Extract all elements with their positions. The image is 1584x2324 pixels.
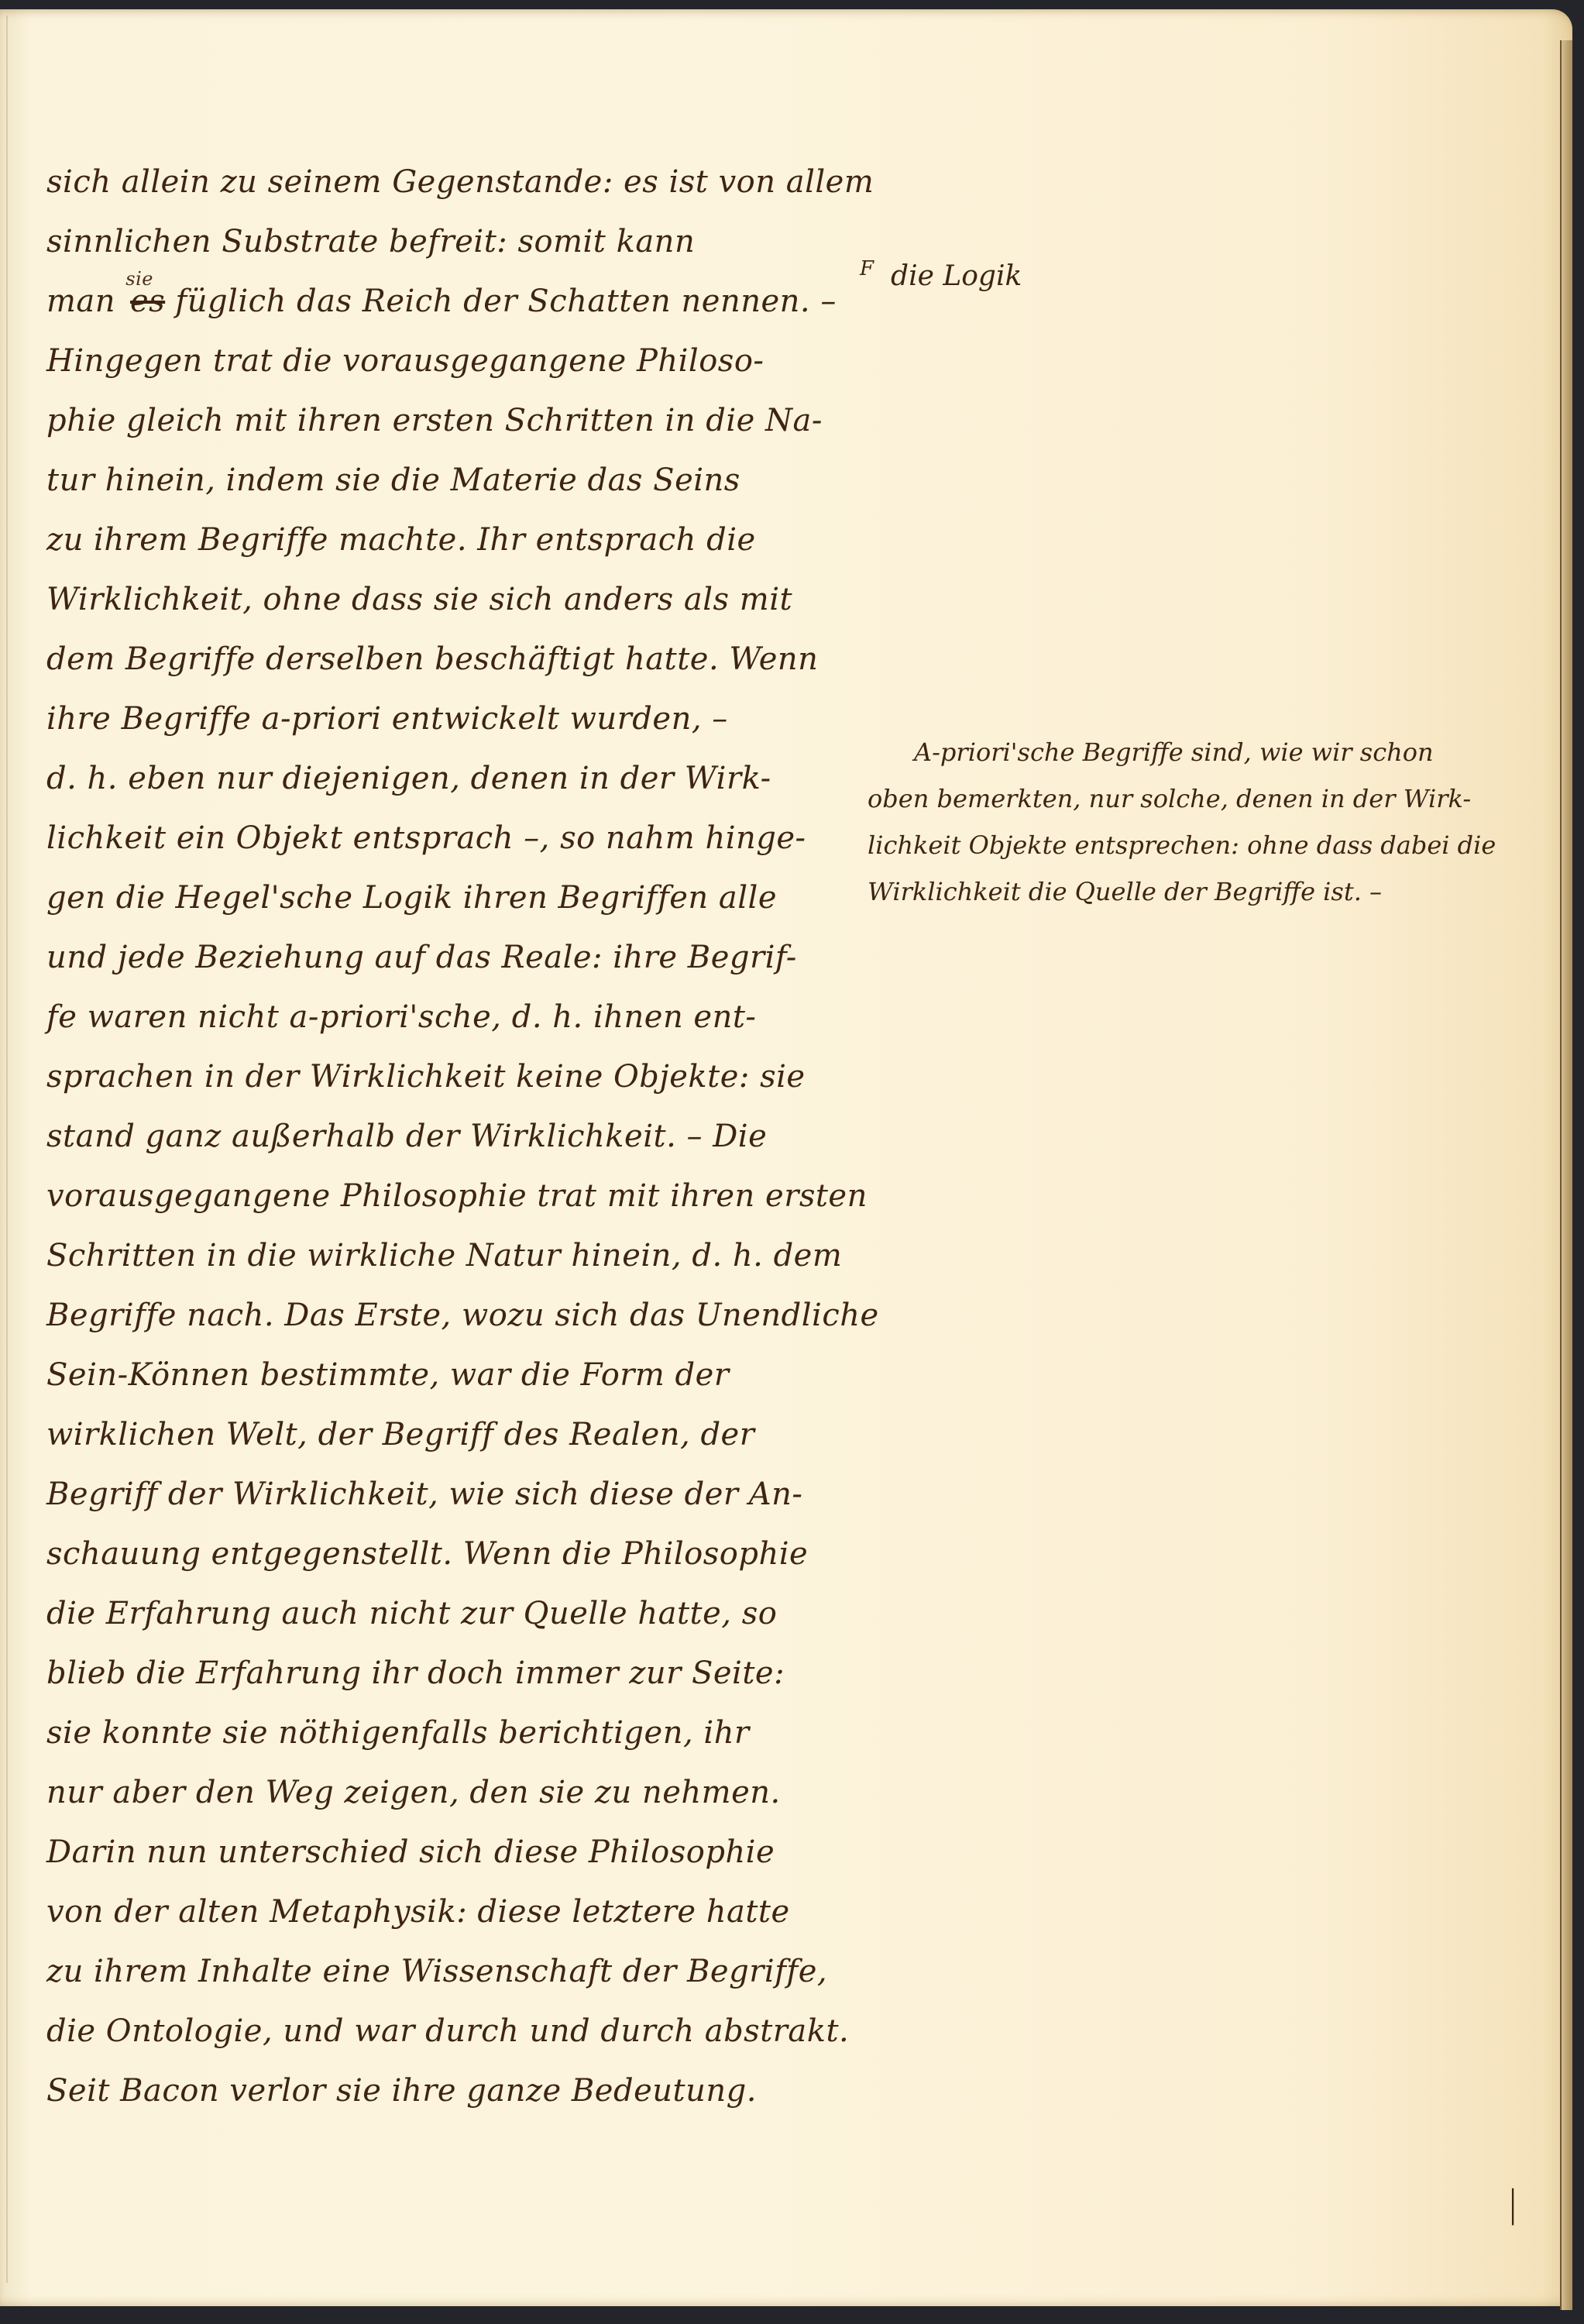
text-line: sie konnte sie nöthigenfalls berichtigen… (46, 1715, 750, 1751)
text-line: fe waren nicht a-priori'sche, d. h. ihne… (46, 999, 756, 1035)
text-line: sich allein zu seinem Gegenstande: es is… (46, 164, 874, 200)
text-line: tur hinein, indem sie die Materie das Se… (46, 462, 740, 498)
text-line: Schritten in die wirkliche Natur hinein,… (46, 1238, 842, 1274)
manuscript-page: sich allein zu seinem Gegenstande: es is… (0, 9, 1572, 2306)
manuscript-scan: sich allein zu seinem Gegenstande: es is… (0, 0, 1584, 2324)
text-line: d. h. eben nur diejenigen, denen in der … (46, 761, 771, 796)
margin-line: lichkeit Objekte entsprechen: ohne dass … (868, 830, 1496, 860)
text-line: Wirklichkeit, ohne dass sie sich anders … (46, 582, 792, 617)
text-line: von der alten Metaphysik: diese letztere… (46, 1894, 790, 1930)
text-line: die Erfahrung auch nicht zur Quelle hatt… (46, 1596, 777, 1631)
text-line: blieb die Erfahrung ihr doch immer zur S… (46, 1655, 785, 1691)
line-suffix: füglich das Reich der Schatten nennen. – (165, 284, 837, 319)
margin-note-logik: Fdie Logik (860, 257, 1022, 292)
margin-line: Wirklichkeit die Quelle der Begriffe ist… (868, 877, 1382, 906)
text-line: zu ihrem Begriffe machte. Ihr entsprach … (46, 522, 756, 558)
line-prefix: man (46, 284, 125, 319)
text-line: gen die Hegel'sche Logik ihren Begriffen… (46, 880, 777, 916)
text-line: Hingegen trat die vorausgegangene Philos… (46, 343, 764, 379)
text-line: zu ihrem Inhalte eine Wissenschaft der B… (46, 1954, 827, 1989)
text-line: wirklichen Welt, der Begriff des Realen,… (46, 1417, 754, 1452)
text-line: dem Begriffe derselben beschäftigt hatte… (46, 641, 818, 677)
text-line: Begriffe nach. Das Erste, wozu sich das … (46, 1298, 879, 1333)
text-line: Sein-Können bestimmte, war die Form der (46, 1357, 729, 1393)
margin-note-text: die Logik (891, 260, 1022, 292)
text-line: lichkeit ein Objekt entsprach –, so nahm… (46, 820, 806, 856)
catchword-mark: | (1509, 2182, 1517, 2226)
text-line: stand ganz außerhalb der Wirklichkeit. –… (46, 1119, 767, 1154)
reference-marker: F (860, 257, 874, 280)
text-line: nur aber den Weg zeigen, den sie zu nehm… (46, 1775, 781, 1810)
text-line-with-correction: man siees füglich das Reich der Schatten… (46, 284, 837, 319)
text-line: ihre Begriffe a-priori entwickelt wurden… (46, 701, 728, 737)
text-line: schauung entgegenstellt. Wenn die Philos… (46, 1536, 808, 1572)
text-line: die Ontologie, und war durch und durch a… (46, 2013, 849, 2049)
margin-line: oben bemerkten, nur solche, denen in der… (868, 784, 1471, 813)
text-line: sprachen in der Wirklichkeit keine Objek… (46, 1059, 806, 1095)
text-line: phie gleich mit ihren ersten Schritten i… (46, 403, 823, 438)
text-line: sinnlichen Substrate befreit: somit kann (46, 224, 695, 260)
text-line: und jede Beziehung auf das Reale: ihre B… (46, 940, 797, 975)
text-line: Begriff der Wirklichkeit, wie sich diese… (46, 1477, 802, 1512)
text-line: Seit Bacon verlor sie ihre ganze Bedeutu… (46, 2073, 757, 2109)
text-line: Darin nun unterschied sich diese Philoso… (46, 1834, 775, 1870)
margin-line: A-priori'sche Begriffe sind, wie wir sch… (914, 737, 1434, 767)
interlinear-insertion: sie (125, 268, 153, 290)
text-line: vorausgegangene Philosophie trat mit ihr… (46, 1178, 868, 1214)
page-fore-edge (1560, 40, 1572, 2310)
